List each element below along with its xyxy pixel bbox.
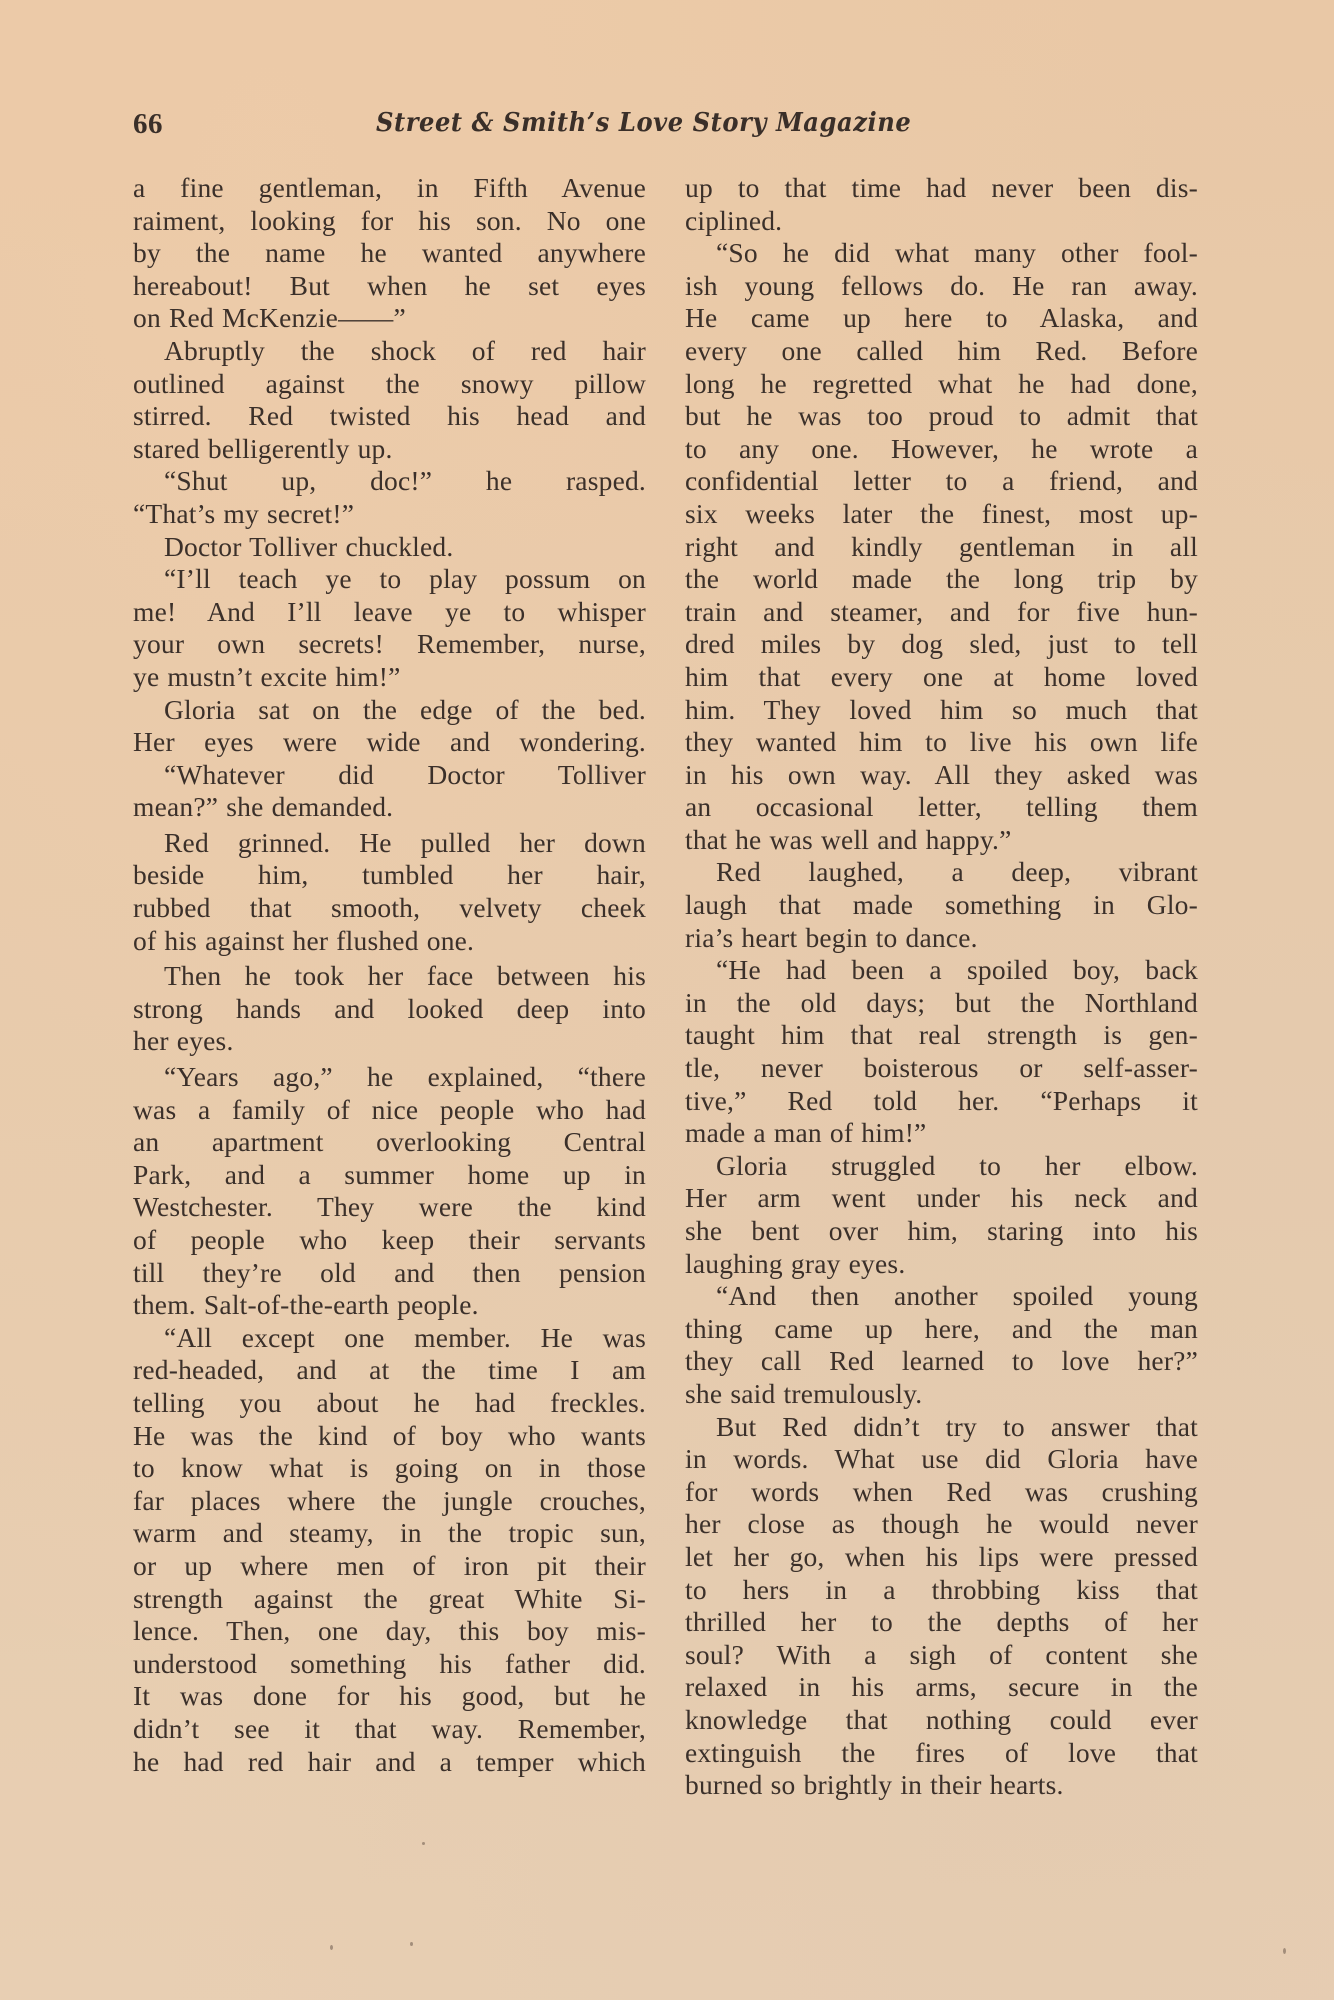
text-line: “So he did what many other fool- (685, 237, 1198, 270)
text-line: let her go, when his lips were pressed (685, 1541, 1198, 1574)
text-line: rubbed that smooth, velvety cheek (133, 892, 646, 925)
text-line: “He had been a spoiled boy, back (685, 954, 1198, 987)
text-line: thing came up here, and the man (685, 1313, 1198, 1346)
text-line: strong hands and looked deep into (133, 993, 646, 1026)
paper-speck (410, 1942, 413, 1946)
text-line: burned so brightly in their hearts. (685, 1769, 1198, 1802)
text-line: raiment, looking for his son. No one (133, 205, 646, 238)
text-line: Gloria struggled to her elbow. (685, 1150, 1198, 1183)
text-line: lence. Then, one day, this boy mis- (133, 1615, 646, 1648)
text-line: tle, never boisterous or self-asser- (685, 1052, 1198, 1085)
text-line: tive,” Red told her. “Perhaps it (685, 1085, 1198, 1118)
right-text-column: up to that time had never been dis-cipli… (685, 172, 1198, 1802)
paper-speck (330, 1945, 333, 1950)
text-line: a fine gentleman, in Fifth Avenue (133, 172, 646, 205)
text-line: Then he took her face between his (133, 960, 646, 993)
text-line: to hers in a throbbing kiss that (685, 1574, 1198, 1607)
text-line: of people who keep their servants (133, 1224, 646, 1257)
text-line: was a family of nice people who had (133, 1094, 646, 1127)
text-line: her close as though he would never (685, 1508, 1198, 1541)
text-line: she bent over him, staring into his (685, 1215, 1198, 1248)
text-line: in words. What use did Gloria have (685, 1443, 1198, 1476)
text-line: He was the kind of boy who wants (133, 1420, 646, 1453)
text-line: on Red McKenzie——” (133, 302, 646, 335)
text-line: confidential letter to a friend, and (685, 465, 1198, 498)
text-line: ye mustn’t excite him!” (133, 661, 646, 694)
text-line: her eyes. (133, 1025, 646, 1058)
text-line: in the old days; but the Northland (685, 987, 1198, 1020)
text-line: laughing gray eyes. (685, 1248, 1198, 1281)
text-line: the world made the long trip by (685, 563, 1198, 596)
text-line: your own secrets! Remember, nurse, (133, 628, 646, 661)
text-line: warm and steamy, in the tropic sun, (133, 1517, 646, 1550)
text-line: red-headed, and at the time I am (133, 1354, 646, 1387)
text-line: “Whatever did Doctor Tolliver (133, 759, 646, 792)
text-line: long he regretted what he had done, (685, 368, 1198, 401)
text-line: right and kindly gentleman in all (685, 531, 1198, 564)
text-line: an apartment overlooking Central (133, 1126, 646, 1159)
text-line: every one called him Red. Before (685, 335, 1198, 368)
text-line: But Red didn’t try to answer that (685, 1411, 1198, 1444)
text-line: she said tremulously. (685, 1378, 1198, 1411)
text-line: soul? With a sigh of content she (685, 1639, 1198, 1672)
text-line: “And then another spoiled young (685, 1280, 1198, 1313)
text-line: stared belligerently up. (133, 433, 646, 466)
text-line: beside him, tumbled her hair, (133, 859, 646, 892)
text-line: ish young fellows do. He ran away. (685, 270, 1198, 303)
text-line: “That’s my secret!” (133, 498, 646, 531)
text-line: they wanted him to live his own life (685, 726, 1198, 759)
text-line: him. They loved him so much that (685, 694, 1198, 727)
text-line: Her eyes were wide and wondering. (133, 726, 646, 759)
paper-speck (422, 1842, 425, 1845)
left-text-column: a fine gentleman, in Fifth Avenueraiment… (133, 172, 646, 1778)
text-line: in his own way. All they asked was (685, 759, 1198, 792)
text-line: Red laughed, a deep, vibrant (685, 856, 1198, 889)
text-line: Her arm went under his neck and (685, 1182, 1198, 1215)
text-line: ciplined. (685, 205, 1198, 238)
text-line: didn’t see it that way. Remember, (133, 1713, 646, 1746)
text-line: or up where men of iron pit their (133, 1550, 646, 1583)
text-line: It was done for his good, but he (133, 1680, 646, 1713)
text-line: thrilled her to the depths of her (685, 1606, 1198, 1639)
text-line: far places where the jungle crouches, (133, 1485, 646, 1518)
text-line: he had red hair and a temper which (133, 1746, 646, 1779)
text-line: relaxed in his arms, secure in the (685, 1671, 1198, 1704)
paper-speck (1283, 1948, 1286, 1954)
text-line: Abruptly the shock of red hair (133, 335, 646, 368)
text-line: Westchester. They were the kind (133, 1191, 646, 1224)
text-line: an occasional letter, telling them (685, 791, 1198, 824)
text-line: understood something his father did. (133, 1648, 646, 1681)
text-line: them. Salt-of-the-earth people. (133, 1289, 646, 1322)
text-line: mean?” she demanded. (133, 791, 646, 824)
text-line: to know what is going on in those (133, 1452, 646, 1485)
text-line: train and steamer, and for five hun- (685, 596, 1198, 629)
text-line: “I’ll teach ye to play possum on (133, 563, 646, 596)
text-line: for words when Red was crushing (685, 1476, 1198, 1509)
text-line: stirred. Red twisted his head and (133, 400, 646, 433)
running-title: Street & Smith’s Love Story Magazine (376, 108, 911, 138)
text-line: they call Red learned to love her?” (685, 1345, 1198, 1378)
text-line: laugh that made something in Glo- (685, 889, 1198, 922)
page-number: 66 (133, 108, 163, 141)
text-line: Red grinned. He pulled her down (133, 827, 646, 860)
text-line: ria’s heart begin to dance. (685, 922, 1198, 955)
text-line: me! And I’ll leave ye to whisper (133, 596, 646, 629)
text-line: extinguish the fires of love that (685, 1737, 1198, 1770)
text-line: “Years ago,” he explained, “there (133, 1061, 646, 1094)
text-line: dred miles by dog sled, just to tell (685, 628, 1198, 661)
text-line: strength against the great White Si- (133, 1583, 646, 1616)
text-line: him that every one at home loved (685, 661, 1198, 694)
text-line: “Shut up, doc!” he rasped. (133, 465, 646, 498)
text-line: outlined against the snowy pillow (133, 368, 646, 401)
text-line: made a man of him!” (685, 1117, 1198, 1150)
text-line: but he was too proud to admit that (685, 400, 1198, 433)
text-line: six weeks later the finest, most up- (685, 498, 1198, 531)
text-line: telling you about he had freckles. (133, 1387, 646, 1420)
text-line: Park, and a summer home up in (133, 1159, 646, 1192)
text-line: hereabout! But when he set eyes (133, 270, 646, 303)
text-line: Gloria sat on the edge of the bed. (133, 694, 646, 727)
page-header: 66 Street & Smith’s Love Story Magazine (133, 108, 1198, 148)
text-line: Doctor Tolliver chuckled. (133, 531, 646, 564)
text-line: till they’re old and then pension (133, 1257, 646, 1290)
text-line: that he was well and happy.” (685, 824, 1198, 857)
text-line: He came up here to Alaska, and (685, 302, 1198, 335)
text-line: to any one. However, he wrote a (685, 433, 1198, 466)
text-line: taught him that real strength is gen- (685, 1019, 1198, 1052)
text-line: up to that time had never been dis- (685, 172, 1198, 205)
text-line: “All except one member. He was (133, 1322, 646, 1355)
text-line: knowledge that nothing could ever (685, 1704, 1198, 1737)
text-line: by the name he wanted anywhere (133, 237, 646, 270)
text-line: of his against her flushed one. (133, 925, 646, 958)
